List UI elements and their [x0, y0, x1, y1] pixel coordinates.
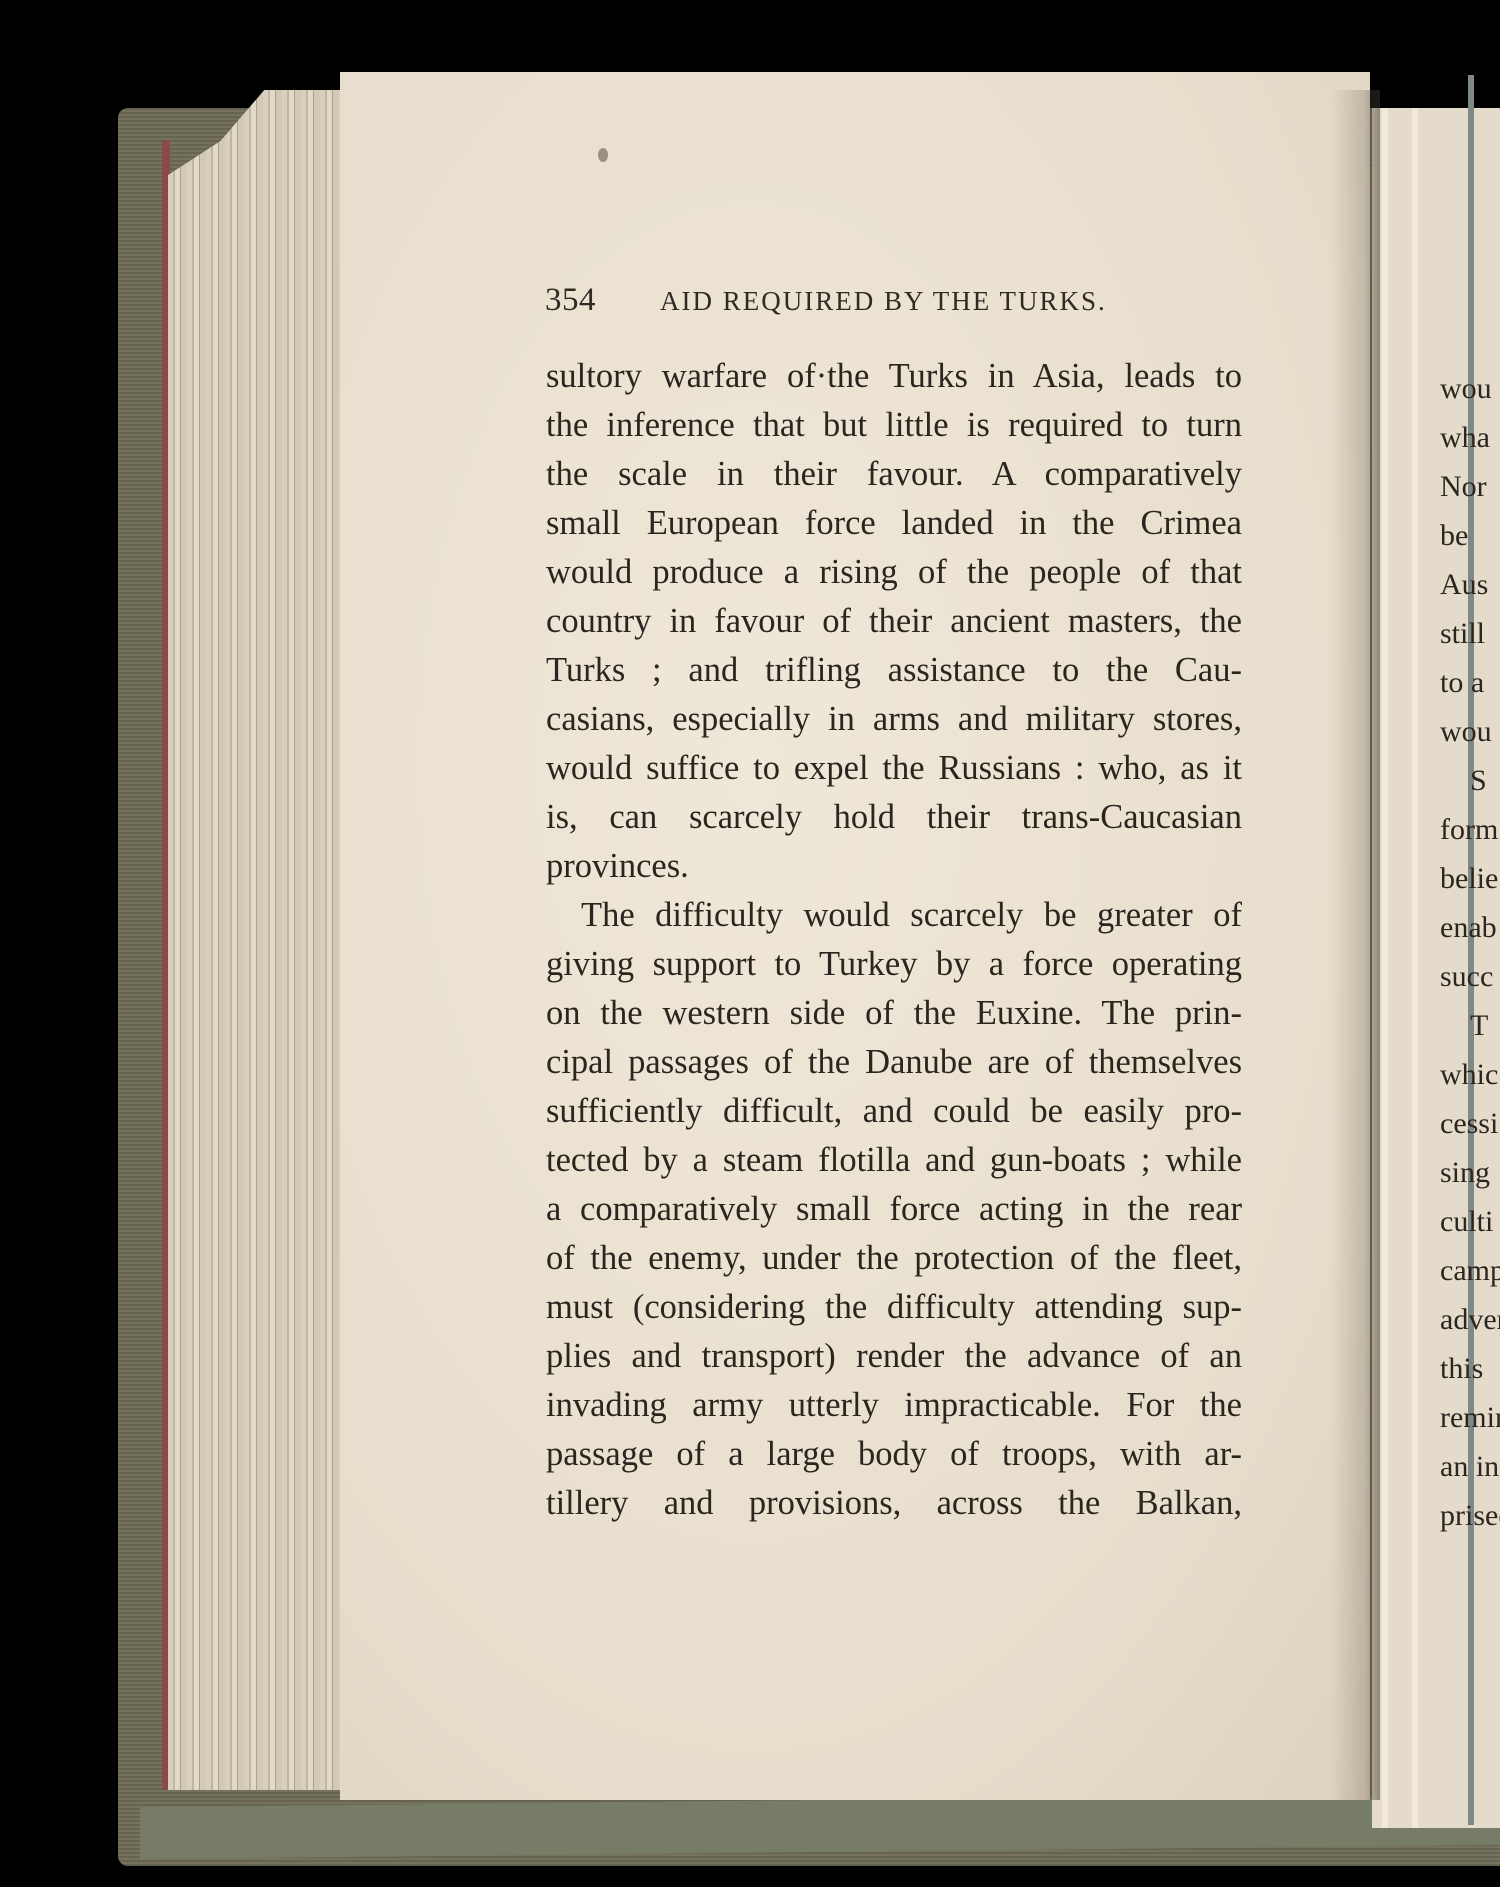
text-line: would produce a rising of the people of …	[546, 548, 1242, 597]
facing-fragment: camp	[1440, 1246, 1500, 1295]
facing-fragment: wha	[1440, 413, 1500, 462]
facing-fragment: prised	[1440, 1491, 1500, 1540]
facing-fragment: cessi	[1440, 1099, 1500, 1148]
text-line: sufficiently difficult, and could be eas…	[546, 1087, 1242, 1136]
page-stack-fore-edge	[168, 90, 343, 1790]
paper-spot	[598, 148, 608, 162]
text-line: the scale in their favour. A comparative…	[546, 450, 1242, 499]
facing-fragment: be	[1440, 511, 1500, 560]
text-line: Turks ; and trifling assistance to the C…	[546, 646, 1242, 695]
facing-fragment: form	[1440, 805, 1500, 854]
gutter-shadow	[1330, 90, 1380, 1800]
text-line: on the western side of the Euxine. The p…	[546, 989, 1242, 1038]
facing-fragment: culti	[1440, 1197, 1500, 1246]
text-line: small European force landed in the Crime…	[546, 499, 1242, 548]
facing-fragment: succ	[1440, 952, 1500, 1001]
facing-fragment: to a	[1440, 658, 1500, 707]
text-line: of the enemy, under the protection of th…	[546, 1234, 1242, 1283]
facing-fragment: this	[1440, 1344, 1500, 1393]
facing-fragment: adver	[1440, 1295, 1500, 1344]
facing-fragment: enab	[1440, 903, 1500, 952]
text-line: sultory warfare of·the Turks in Asia, le…	[546, 352, 1242, 401]
facing-fragment: belie	[1440, 854, 1500, 903]
text-line: tected by a steam flotilla and gun-boats…	[546, 1136, 1242, 1185]
text-line: country in favour of their ancient maste…	[546, 597, 1242, 646]
page-edge-strip	[1382, 108, 1388, 1828]
facing-fragment: still	[1440, 609, 1500, 658]
facing-fragment: wou	[1440, 364, 1500, 413]
facing-fragment: an in	[1440, 1442, 1500, 1491]
text-line: plies and transport) render the advance …	[546, 1332, 1242, 1381]
text-line: invading army utterly impracticable. For…	[546, 1381, 1242, 1430]
page-edge-strip	[1412, 108, 1418, 1828]
text-line: giving support to Turkey by a force oper…	[546, 940, 1242, 989]
facing-fragment: sing	[1440, 1148, 1500, 1197]
text-line: the inference that but little is require…	[546, 401, 1242, 450]
text-line: tillery and provisions, across the Balka…	[546, 1479, 1242, 1528]
facing-fragment: remin	[1440, 1393, 1500, 1442]
running-head: 354 AID REQUIRED BY THE TURKS.	[545, 282, 1255, 322]
facing-fragment: Aus	[1440, 560, 1500, 609]
text-line: a comparatively small force acting in th…	[546, 1185, 1242, 1234]
facing-page-text: wou wha Nor be Aus still to a wou S form…	[1440, 364, 1500, 1540]
paragraph-start-line: The difficulty would scarcely be greater…	[546, 891, 1242, 940]
page-number: 354	[545, 282, 596, 319]
text-line: must (considering the difficulty attendi…	[546, 1283, 1242, 1332]
facing-fragment: whic	[1440, 1050, 1500, 1099]
text-line: cipal passages of the Danube are of them…	[546, 1038, 1242, 1087]
facing-fragment: Nor	[1440, 462, 1500, 511]
facing-fragment: T	[1440, 1001, 1500, 1050]
body-text: sultory warfare of·the Turks in Asia, le…	[546, 352, 1242, 1528]
text-line: passage of a large body of troops, with …	[546, 1430, 1242, 1479]
running-head-title: AID REQUIRED BY THE TURKS.	[660, 286, 1107, 317]
text-line: would suffice to expel the Russians : wh…	[546, 744, 1242, 793]
facing-fragment: S	[1440, 756, 1500, 805]
text-line: casians, especially in arms and military…	[546, 695, 1242, 744]
text-line: is, can scarcely hold their trans-Caucas…	[546, 793, 1242, 842]
facing-fragment: wou	[1440, 707, 1500, 756]
text-line: provinces.	[546, 842, 1242, 891]
